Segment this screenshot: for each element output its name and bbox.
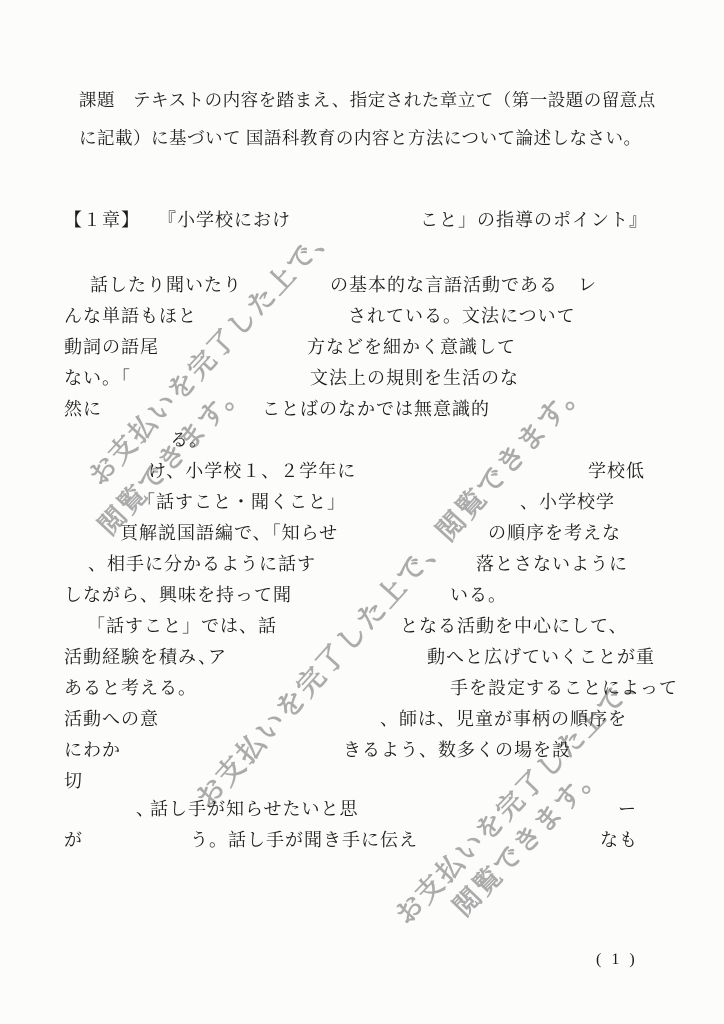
document-text-row: しながら、興味を持って聞いる。 [0,585,724,611]
document-text-row: んな単語もほとされている。文法について [0,306,724,332]
document-text-row: 活動への意、師は、児童が事柄の順序を [0,709,724,735]
text-fragment: 動詞の語尾 [64,337,159,359]
text-fragment: 活動経験を積み、 [64,647,217,669]
document-text-row: 然にことばのなかでは無意識的 [0,399,724,425]
text-fragment: 「話すこと・聞くこと」 [137,492,346,514]
text-fragment: の順序を考えな [488,523,621,545]
text-fragment: こと」の指導のポイント』 [420,210,648,232]
document-text-row: あると考える。手を設定することによって [0,678,724,704]
text-fragment: 話し手が知らせたいと思 [150,799,358,821]
document-text-row: にわかきるよう、数多くの場を設 [0,740,724,766]
text-fragment: 課題 テキストの内容を踏まえ、指定された章立て（第一設題の留意点 [79,90,656,111]
text-fragment: 然に [64,399,102,421]
text-fragment: んな単語もほと [64,306,197,328]
document-text-row: 頁解説国語編で、「知らせの順序を考えな [0,523,724,549]
text-fragment: 方などを細かく意識して [307,337,516,359]
text-fragment: 動へと広げていくことが重 [427,647,655,669]
document-text-row: 「話すこと・聞くこと」、小学校学 [0,492,724,518]
text-fragment: 活動への意 [64,709,159,731]
document-text-row: け、小学校１、２学年に学校低 [0,461,724,487]
document-text-row: 【１章】『小学校におけこと」の指導のポイント』 [0,210,724,236]
text-fragment: 落とさないように [476,554,628,576]
text-fragment: 、師は、児童が事柄の順序を [380,709,627,731]
text-fragment: う。話し手が聞き手に伝え [190,830,418,852]
document-text-row: ない。「文法上の規則を生活のな [0,368,724,394]
document-text-row: 動詞の語尾方などを細かく意識して [0,337,724,363]
document-text-row: に記載）に基づいて 国語科教育の内容と方法について論述しなさい。 [0,128,724,154]
text-fragment: の基本的な言語活動である [330,275,558,297]
text-fragment: が [64,830,83,852]
text-fragment: ー [618,799,637,821]
document-text-row: 活動経験を積み、ア動へと広げていくことが重 [0,647,724,673]
text-fragment: されている。文法について [348,306,576,328]
text-fragment: 話したり聞いたり [90,275,242,297]
document-text-row: 、相手に分かるように話す落とさないように [0,554,724,580]
text-fragment: いる。 [450,585,507,607]
text-fragment: しながら、興味を持って聞 [64,585,292,607]
document-text-row: 課題 テキストの内容を踏まえ、指定された章立て（第一設題の留意点 [0,90,724,116]
text-fragment: 文法上の規則を生活のな [310,368,519,390]
text-fragment: きるよう、数多くの場を設 [343,740,571,762]
text-fragment: 手を設定することによって [450,678,678,700]
text-fragment: ア [208,647,227,669]
document-text-row: がう。話し手が聞き手に伝えなも [0,830,724,856]
text-fragment: 、小学校学 [520,492,615,514]
text-fragment: レ [578,275,597,297]
text-fragment: にわか [64,740,121,762]
document-text-row: 、話し手が知らせたいと思ー [0,799,724,825]
text-fragment: に記載）に基づいて 国語科教育の内容と方法について論述しなさい。 [79,128,642,149]
document-text-row: 切 [0,771,724,797]
text-fragment: 『小学校におけ [158,210,291,232]
document-text-row: 話したり聞いたりの基本的な言語活動であるレ [0,275,724,301]
text-fragment: なも [600,830,638,852]
scanned-document-page: お支払いを完了した上で、閲覧できます。お支払いを完了した上で、閲覧できます。お支… [0,0,724,1024]
text-fragment: ない。「 [64,368,131,390]
text-fragment: る。 [170,430,208,452]
text-fragment: け、小学校１、２学年に [148,461,356,483]
text-fragment: 【１章】 [64,210,140,232]
text-fragment: 頁解説国語編で、「知らせ [120,523,338,545]
document-text-layer: 課題 テキストの内容を踏まえ、指定された章立て（第一設題の留意点に記載）に基づい… [0,0,724,1024]
text-fragment: 学校低 [588,461,645,483]
text-fragment: 「話すこと」では、話 [87,616,277,638]
text-fragment: あると考える。 [64,678,197,700]
document-text-row: 「話すこと」では、話となる活動を中心にして、 [0,616,724,642]
document-text-row: る。 [0,430,724,456]
text-fragment: ことばのなかでは無意識的 [262,399,490,421]
text-fragment: 切 [64,771,83,793]
text-fragment: となる活動を中心にして、 [400,616,628,638]
text-fragment: 、相手に分かるように話す [88,554,316,576]
